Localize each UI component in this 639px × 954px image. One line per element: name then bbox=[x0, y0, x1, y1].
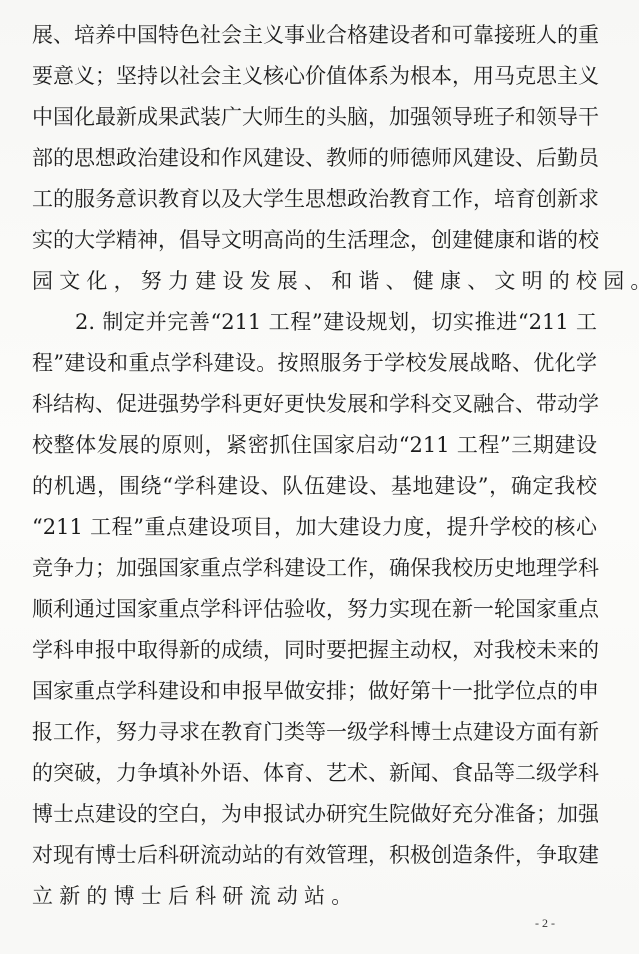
paragraph-heading-line: 2. 制定并完善“211 工程”建设规划，切实推进“211 工 bbox=[75, 309, 597, 335]
text-line: 工的服务意识教育以及大学生思想政治教育工作，培育创新求 bbox=[32, 186, 597, 212]
document-page: 展、培养中国特色社会主义事业合格建设者和可靠接班人的重 要意义；坚持以社会主义核… bbox=[0, 0, 639, 954]
text-line: 的突破，力争填补外语、体育、艺术、新闻、食品等二级学科 bbox=[32, 760, 597, 786]
page-number: - 2 - bbox=[535, 916, 555, 931]
text-line: 立新的博士后科研流动站。 bbox=[32, 883, 597, 909]
text-line: 竞争力；加强国家重点学科建设工作，确保我校历史地理学科 bbox=[32, 555, 597, 581]
text-line: 程”建设和重点学科建设。按照服务于学校发展战略、优化学 bbox=[32, 350, 597, 376]
text-line: 园文化，努力建设发展、和谐、健康、文明的校园。 bbox=[32, 268, 597, 294]
text-line: 部的思想政治建设和作风建设、教师的师德师风建设、后勤员 bbox=[32, 145, 597, 171]
text-line: 国家重点学科建设和申报早做安排；做好第十一批学位点的申 bbox=[32, 678, 597, 704]
text-line: 实的大学精神，倡导文明高尚的生活理念，创建健康和谐的校 bbox=[32, 227, 597, 253]
text-line: 校整体发展的原则，紧密抓住国家启动“211 工程”三期建设 bbox=[32, 432, 597, 458]
text-line: 顺利通过国家重点学科评估验收，努力实现在新一轮国家重点 bbox=[32, 596, 597, 622]
text-line: 对现有博士后科研流动站的有效管理，积极创造条件，争取建 bbox=[32, 842, 597, 868]
text-line: 展、培养中国特色社会主义事业合格建设者和可靠接班人的重 bbox=[32, 22, 597, 48]
text-line: 报工作，努力寻求在教育门类等一级学科博士点建设方面有新 bbox=[32, 719, 597, 745]
text-line: 的机遇，围绕“学科建设、队伍建设、基地建设”，确定我校 bbox=[32, 473, 597, 499]
text-line: 学科申报中取得新的成绩，同时要把握主动权，对我校未来的 bbox=[32, 637, 597, 663]
text-line: 中国化最新成果武装广大师生的头脑，加强领导班子和领导干 bbox=[32, 104, 597, 130]
text-line: 科结构、促进强势学科更好更快发展和学科交叉融合、带动学 bbox=[32, 391, 597, 417]
text-line: “211 工程”重点建设项目，加大建设力度，提升学校的核心 bbox=[32, 514, 597, 540]
text-line: 要意义；坚持以社会主义核心价值体系为根本，用马克思主义 bbox=[32, 63, 597, 89]
text-line: 博士点建设的空白，为申报试办研究生院做好充分准备；加强 bbox=[32, 801, 597, 827]
